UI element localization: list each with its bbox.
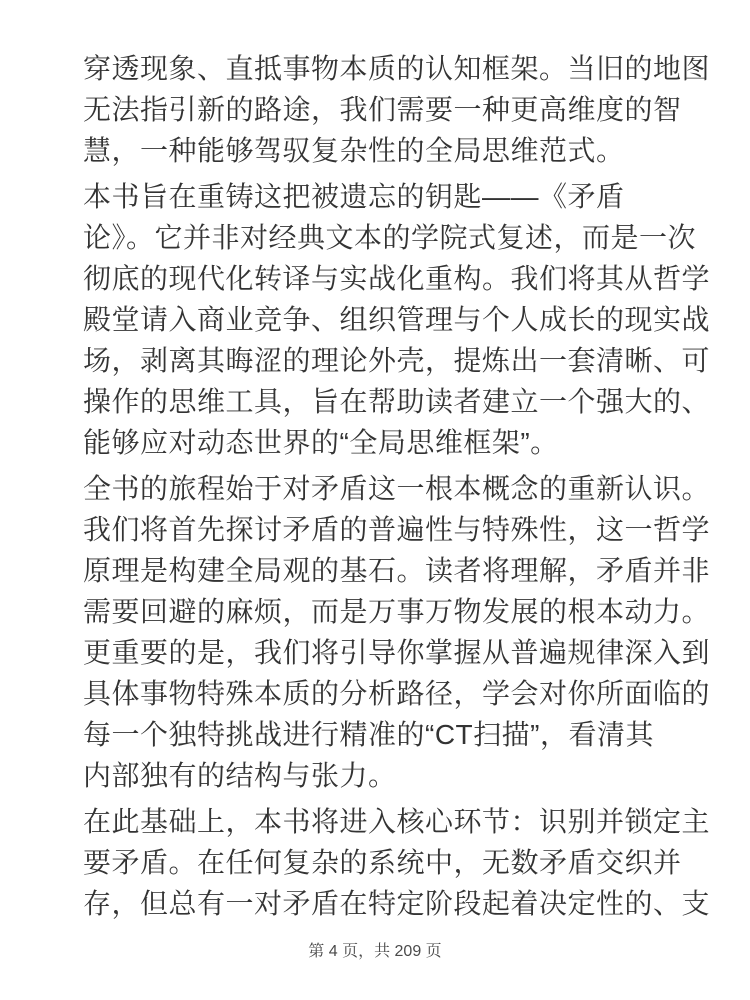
text-line: 慧，一种能够驾驭复杂性的全局思维范式。 <box>83 130 708 171</box>
document-page: 穿透现象、直抵事物本质的认知框架。当旧的地图无法指引新的路途，我们需要一种更高维… <box>0 0 750 1000</box>
text-line: 原理是构建全局观的基石。读者将理解，矛盾并非 <box>83 550 708 591</box>
text-line: 存，但总有一对矛盾在特定阶段起着决定性的、支 <box>83 883 708 924</box>
text-line: 论》。它并非对经典文本的学院式复述，而是一次 <box>83 217 708 258</box>
text-line: 我们将首先探讨矛盾的普遍性与特殊性，这一哲学 <box>83 509 708 550</box>
text-line: 殿堂请入商业竞争、组织管理与个人成长的现实战 <box>83 299 708 340</box>
text-line: 全书的旅程始于对矛盾这一根本概念的重新认识。 <box>83 468 708 509</box>
paragraph: 全书的旅程始于对矛盾这一根本概念的重新认识。我们将首先探讨矛盾的普遍性与特殊性，… <box>83 468 708 796</box>
page-number-indicator: 第 4 页，共 209 页 <box>0 941 750 963</box>
text-line: 每一个独特挑战进行精准的“CT扫描”，看清其 <box>83 714 708 755</box>
text-line: 穿透现象、直抵事物本质的认知框架。当旧的地图 <box>83 48 708 89</box>
paragraph: 本书旨在重铸这把被遗忘的钥匙——《矛盾论》。它并非对经典文本的学院式复述，而是一… <box>83 176 708 463</box>
paragraph: 在此基础上，本书将进入核心环节：识别并锁定主要矛盾。在任何复杂的系统中，无数矛盾… <box>83 801 708 924</box>
text-line: 能够应对动态世界的“全局思维框架”。 <box>83 422 708 463</box>
paragraph: 穿透现象、直抵事物本质的认知框架。当旧的地图无法指引新的路途，我们需要一种更高维… <box>83 48 708 171</box>
text-line: 彻底的现代化转译与实战化重构。我们将其从哲学 <box>83 258 708 299</box>
page-content: 穿透现象、直抵事物本质的认知框架。当旧的地图无法指引新的路途，我们需要一种更高维… <box>83 48 708 929</box>
text-line: 无法指引新的路途，我们需要一种更高维度的智 <box>83 89 708 130</box>
text-line: 内部独有的结构与张力。 <box>83 755 708 796</box>
text-line: 在此基础上，本书将进入核心环节：识别并锁定主 <box>83 801 708 842</box>
text-line: 本书旨在重铸这把被遗忘的钥匙——《矛盾 <box>83 176 708 217</box>
text-line: 更重要的是，我们将引导你掌握从普遍规律深入到 <box>83 632 708 673</box>
text-line: 要矛盾。在任何复杂的系统中，无数矛盾交织并 <box>83 842 708 883</box>
text-line: 需要回避的麻烦，而是万事万物发展的根本动力。 <box>83 591 708 632</box>
text-line: 操作的思维工具，旨在帮助读者建立一个强大的、 <box>83 381 708 422</box>
text-line: 具体事物特殊本质的分析路径，学会对你所面临的 <box>83 673 708 714</box>
text-line: 场，剥离其晦涩的理论外壳，提炼出一套清晰、可 <box>83 340 708 381</box>
